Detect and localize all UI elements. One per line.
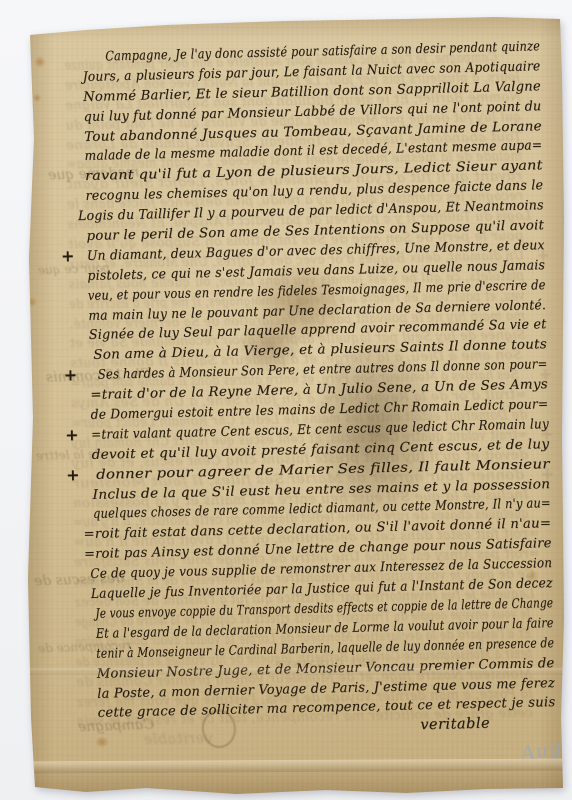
manuscript-paper: Campagne, Je l'ay donc assisté pour sati…	[24, 16, 564, 798]
fold-crease	[24, 759, 564, 774]
margin-cross-mark: +	[64, 365, 78, 384]
margin-cross-mark: +	[65, 425, 79, 444]
margin-cross-mark: +	[66, 465, 80, 484]
scan-background: Campagne, Je l'ay donc assisté pour sati…	[0, 0, 572, 800]
fold-crease	[24, 668, 564, 675]
signature: veritable	[420, 716, 490, 734]
paper-shadow-wrap: Campagne, Je l'ay donc assisté pour sati…	[0, 0, 572, 800]
manuscript-text-block: Campagne, Je l'ay donc assisté pour sati…	[82, 35, 556, 744]
margin-cross-mark: +	[61, 246, 75, 265]
